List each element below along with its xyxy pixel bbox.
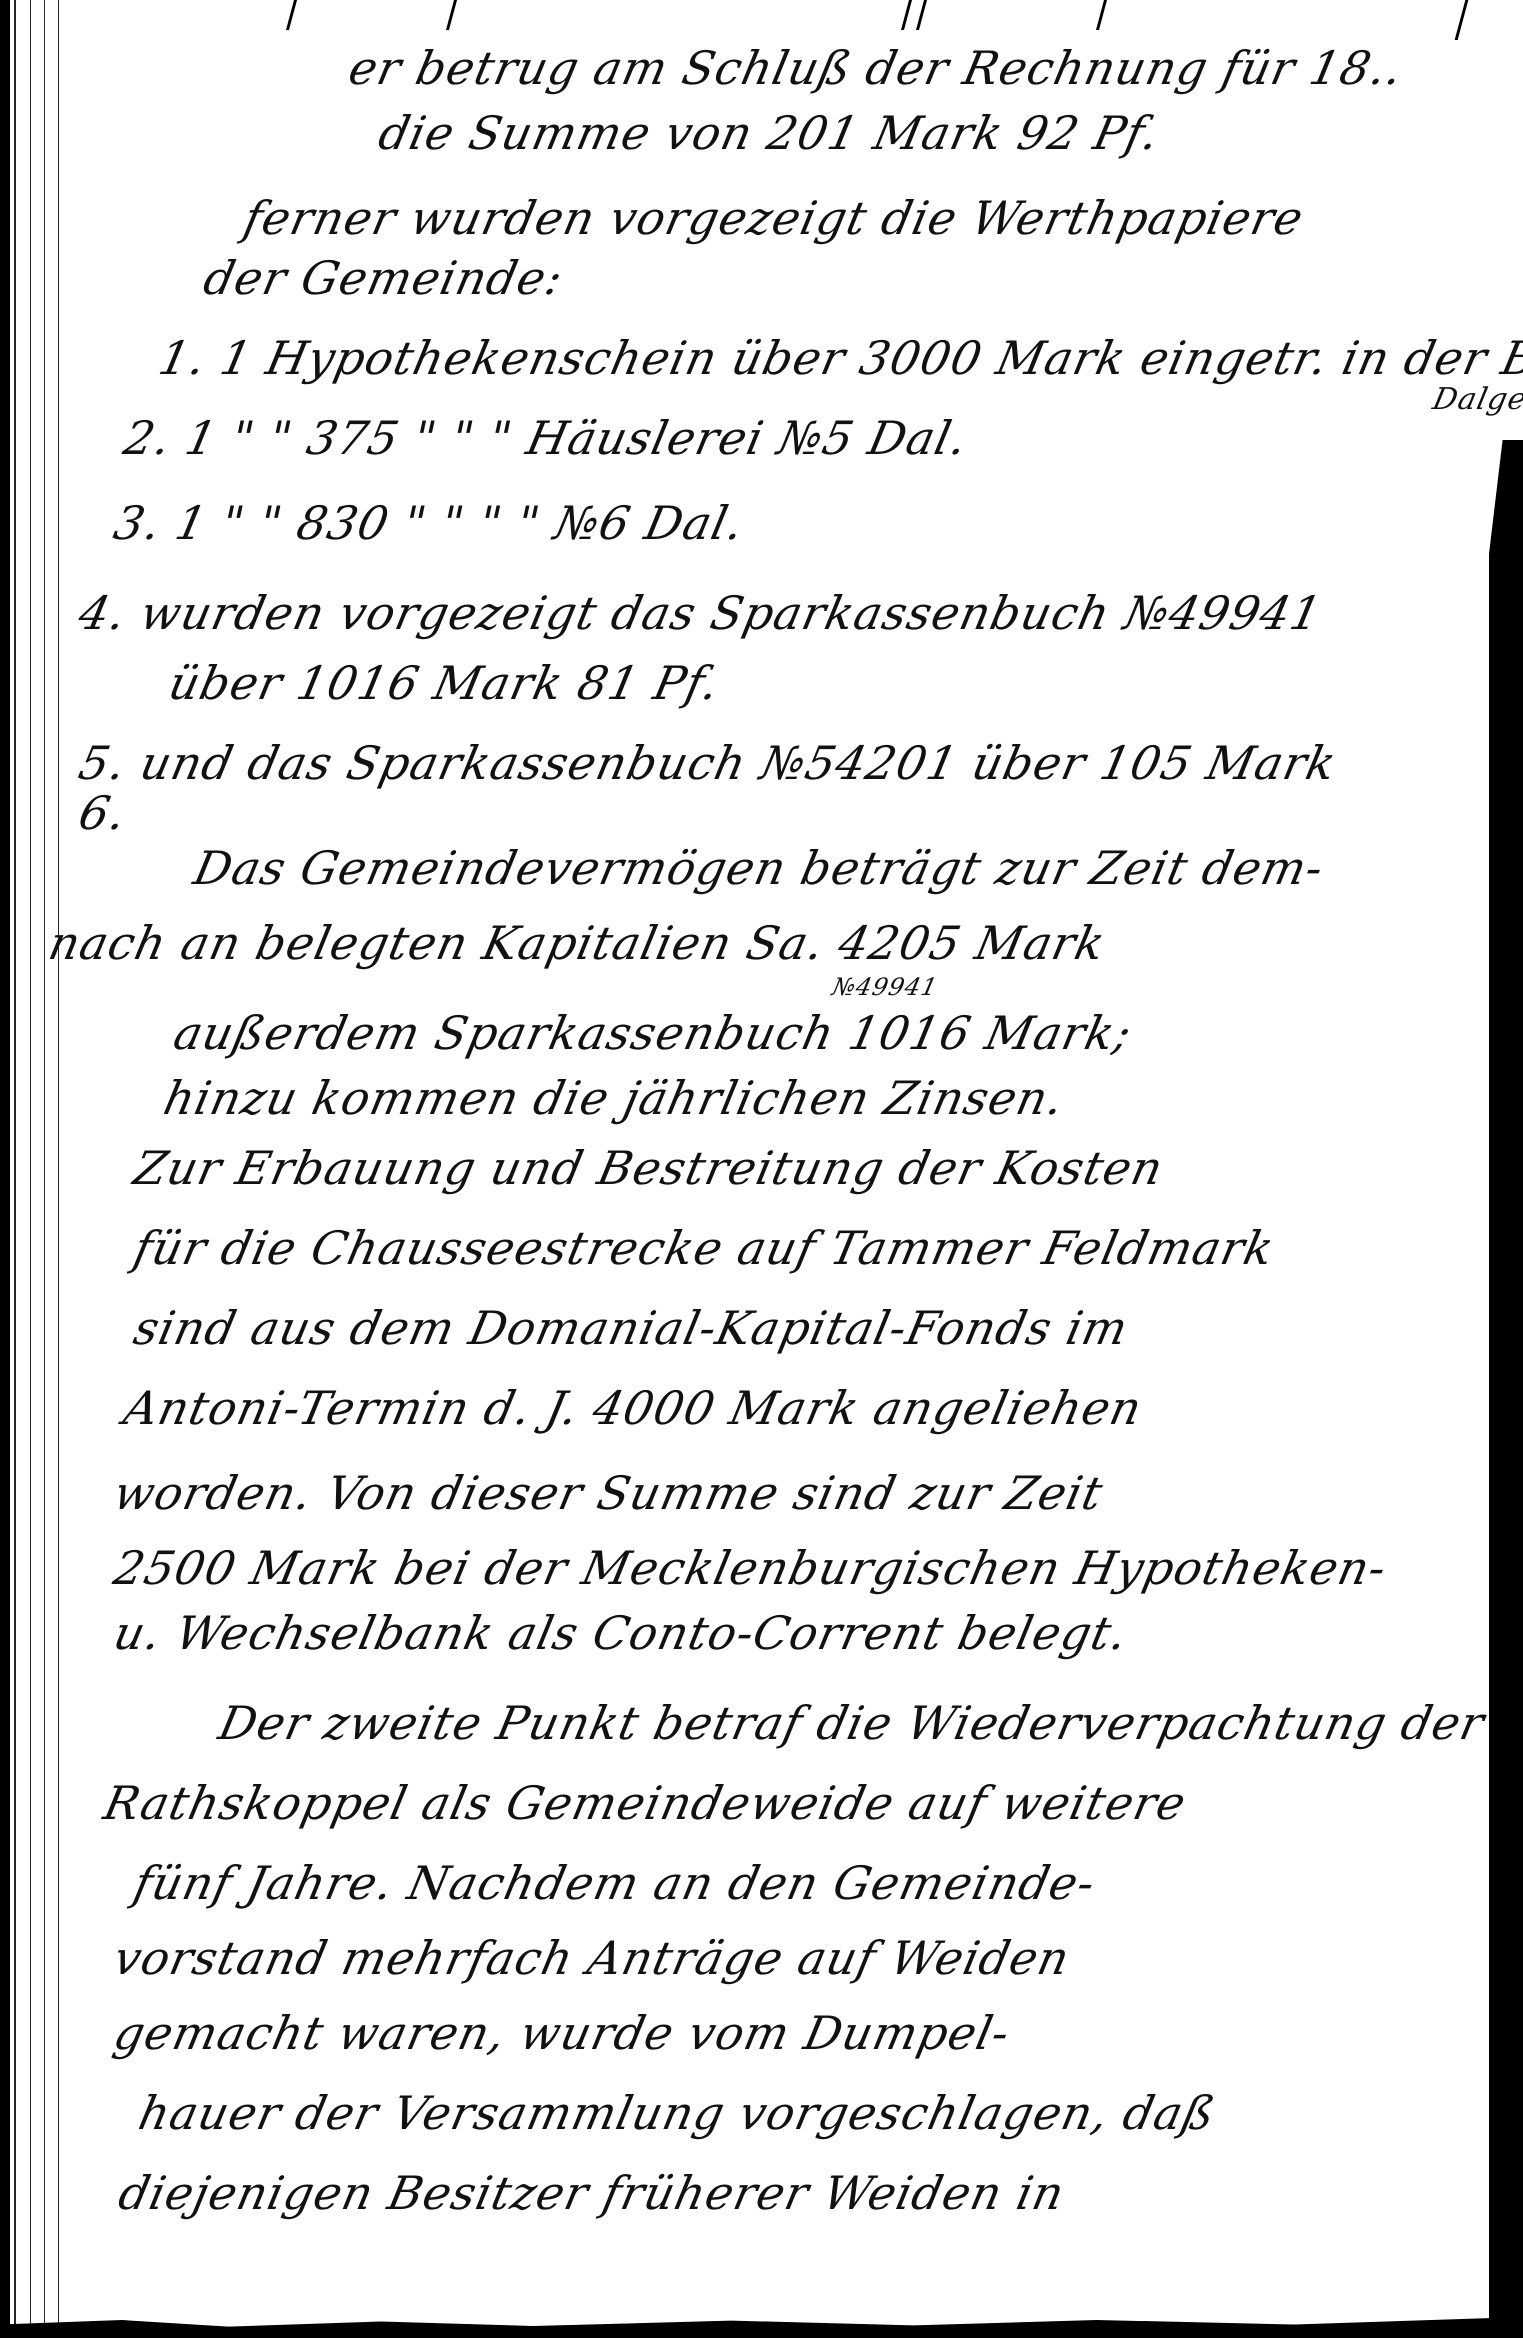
handwritten-line: 2500 Mark bei der Mecklenburgischen Hypo… [110,1545,1391,1591]
handwritten-line: diejenigen Besitzer früherer Weiden in [115,2170,1069,2216]
document-page: er betrug am Schluß der Rechnung für 18.… [0,0,1523,2338]
handwritten-line: 2. 1 " " 375 " " " Häuslerei №5 Dal. [120,415,972,461]
handwritten-line: sind aus dem Domanial-Kapital-Fonds im [130,1305,1132,1351]
page-binding-edge [0,0,68,2338]
handwritten-line: Antoni-Termin d. J. 4000 Mark angeliehen [120,1385,1146,1431]
handwritten-line: die Summe von 201 Mark 92 Pf. [375,110,1163,156]
handwritten-line: für die Chausseestrecke auf Tammer Feldm… [130,1225,1278,1271]
handwritten-line: №49941 [830,975,940,999]
bottom-edge-scan-shadow [0,2308,1523,2338]
handwritten-line: 1. 1 Hypothekenschein über 3000 Mark ein… [155,335,1523,381]
handwritten-line: 5. und das Sparkassenbuch №54201 über 10… [75,740,1341,786]
handwritten-line: gemacht waren, wurde vom Dumpel- [110,2010,1014,2056]
right-edge-scan-shadow [1489,440,1523,2338]
previous-line-descenders [280,0,1480,40]
handwritten-line: Dalgen [1430,385,1523,415]
handwritten-line: über 1016 Mark 81 Pf. [165,660,724,706]
handwritten-line: außerdem Sparkassenbuch 1016 Mark; [170,1010,1136,1056]
handwritten-line: 4. wurden vorgezeigt das Sparkassenbuch … [75,590,1326,636]
handwritten-line: 6. [75,790,131,836]
handwritten-line: er betrug am Schluß der Rechnung für 18.… [345,45,1407,91]
binding-shadow [0,0,10,2338]
handwritten-line: hinzu kommen die jährlichen Zinsen. [160,1075,1068,1121]
handwritten-line: Rathskoppel als Gemeindeweide auf weiter… [100,1780,1190,1826]
handwritten-line: hauer der Versammlung vorgeschlagen, daß [135,2090,1220,2136]
handwritten-line: fünf Jahre. Nachdem an den Gemeinde- [130,1860,1100,1906]
handwritten-line: u. Wechselbank als Conto-Corrent belegt. [110,1610,1132,1656]
handwritten-line: der Gemeinde: [200,255,567,301]
handwritten-line: ferner wurden vorgezeigt die Werthpapier… [240,195,1308,241]
handwritten-line: worden. Von dieser Summe sind zur Zeit [110,1470,1107,1516]
handwritten-line: Das Gemeindevermögen beträgt zur Zeit de… [190,845,1328,891]
handwritten-line: nach an belegten Kapitalien Sa. 4205 Mar… [45,920,1110,966]
handwritten-line: vorstand mehrfach Anträge auf Weiden [110,1935,1074,1981]
handwritten-line: Zur Erbauung und Bestreitung der Kosten [130,1145,1168,1191]
handwritten-line: 3. 1 " " 830 " " " " №6 Dal. [110,500,748,546]
handwritten-line: Der zweite Punkt betraf die Wiederverpac… [215,1700,1489,1746]
